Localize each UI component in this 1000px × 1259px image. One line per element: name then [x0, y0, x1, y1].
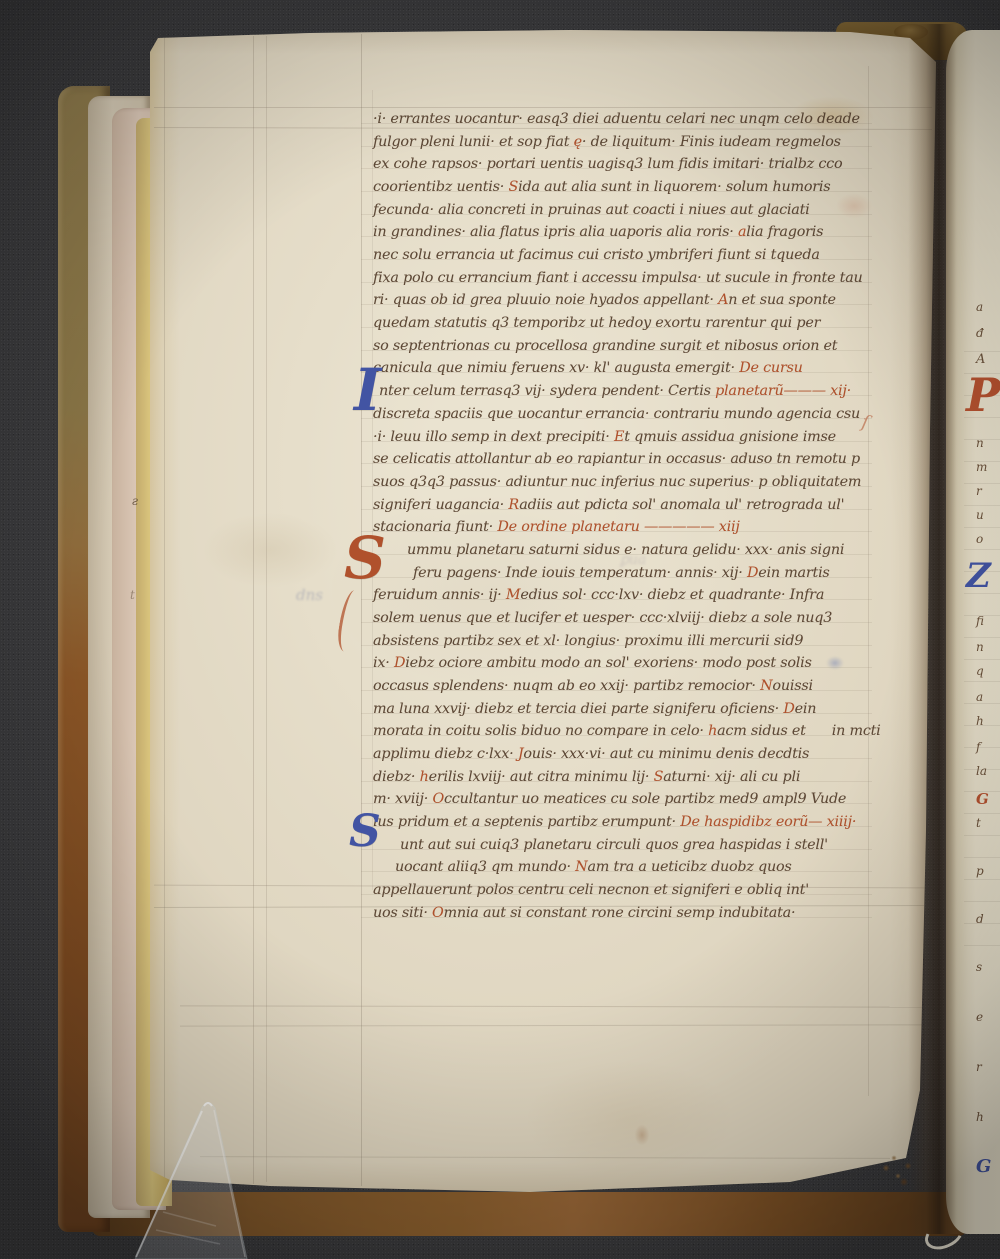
manuscript-text-line: m· xviij· Occultantur uo meatices cu sol… [373, 788, 846, 811]
blue-smudge [826, 656, 844, 670]
ink-text: feru pagens· Inde iouis temperatum· anni… [413, 565, 747, 581]
ink-text: diebz· [373, 769, 420, 785]
rubric-text: O [432, 905, 444, 921]
ink-text: so septentrionas cu procellosa grandine … [373, 338, 837, 354]
ink-text: nter celum terrasq3 vij· sydera pendent·… [379, 383, 715, 399]
ink-text: ·i· errantes uocantur· easq3 diei aduent… [373, 111, 860, 127]
manuscript-text-line: ri· quas ob id grea pluuio noie hyados a… [373, 289, 836, 312]
illuminated-initial-Inter: I [354, 364, 381, 416]
manuscript-text-line: appellauerunt polos centru celi necnon e… [373, 879, 809, 902]
ink-text: ri· quas ob id grea pluuio noie hyados a… [373, 292, 718, 308]
facing-fragment-glyph: q [976, 664, 984, 678]
manuscript-text-line: suos q3q3 passus· adiuntur nuc inferius … [373, 471, 861, 494]
initial-flourish [335, 589, 363, 653]
facing-fragment-glyph: r [976, 484, 982, 498]
facing-fragment-glyph: đ [976, 326, 984, 340]
ink-text: ccultantur uo meatices cu sole partibz m… [444, 791, 846, 807]
ink-text: absistens partibz sex et xl· longius· pr… [373, 633, 803, 649]
manuscript-text-line: quedam statutis q3 temporibz ut hedoy ex… [373, 312, 820, 335]
facing-fragment-glyph: n [976, 640, 984, 654]
manuscript-text-line: solem uenus que et lucifer et uesper· cc… [373, 607, 832, 630]
manuscript-text-line: absistens partibz sex et xl· longius· pr… [373, 630, 803, 653]
facing-fragment-glyph: d [976, 912, 984, 926]
ink-text: fixa polo cu errancium fiant i accessu i… [373, 270, 863, 286]
manuscript-text-line: occasus splendens· nuqm ab eo xxij· part… [373, 675, 813, 698]
ink-text: discreta spaciis que uocantur errancia· … [373, 406, 860, 422]
manuscript-text-line: ius pridum et a septenis partibz erumpun… [373, 811, 856, 834]
ink-bleed-through-2: ꝑua [620, 552, 646, 568]
rubric-text: De haspidibz eorũ— xiiij· [680, 814, 856, 830]
manuscript-text-line: ·i· leuu illo semp in dext precipiti· Et… [373, 426, 836, 449]
facing-fragment-glyph: fi [976, 614, 984, 628]
rubric-text: N [760, 678, 772, 694]
facing-fragment-glyph: h [976, 714, 984, 728]
manuscript-text-line: fulgor pleni lunii· et sop fiat ę· de li… [373, 131, 841, 154]
ink-text: morata in coitu solis biduo no compare i… [373, 723, 708, 739]
manuscript-text-line: fecunda· alia concreti in pruinas aut co… [373, 199, 810, 222]
ink-text: solem uenus que et lucifer et uesper· cc… [373, 610, 832, 626]
ink-text: acm sidus et in mcti [717, 723, 880, 739]
manuscript-text-line: ex cohe rapsos· portari uentis uagisq3 l… [373, 153, 842, 176]
manuscript-text-line: nter celum terrasq3 vij· sydera pendent·… [373, 380, 851, 403]
rubric-text: De ordine planetaru ————— xiij [497, 519, 739, 535]
rubric-text: h [420, 769, 429, 785]
rubric-text: ę [574, 134, 582, 150]
ink-text: stacionaria fiunt· [373, 519, 497, 535]
facing-fragment-glyph: m [976, 460, 987, 474]
ink-text: edius sol· ccc·lxv· diebz et quadrante· … [520, 587, 824, 603]
facing-fragment-glyph: G [976, 1156, 991, 1177]
ink-text: fecunda· alia concreti in pruinas aut co… [373, 202, 810, 218]
manuscript-text-line: applimu diebz c·lxx· Jouis· xxx·vi· aut … [373, 743, 809, 766]
ruled-line [164, 34, 165, 1184]
ink-text: canicula que nimiu feruens xv· kl' augus… [373, 360, 739, 376]
rubric-text: D [747, 565, 758, 581]
ruled-line [180, 1005, 924, 1007]
manuscript-text-line: unt aut sui cuiq3 planetaru circuli quos… [373, 834, 828, 857]
ink-text: ·i· leuu illo semp in dext precipiti· [373, 429, 614, 445]
ink-text: occasus splendens· nuqm ab eo xxij· part… [373, 678, 760, 694]
facing-fragment-glyph: G [976, 790, 989, 808]
facing-page-edge: ađAPnmruoZfinqahflaGtpdserhG [946, 30, 1000, 1234]
ink-text: unt aut sui cuiq3 planetaru circuli quos… [400, 837, 828, 853]
manuscript-text-line: fixa polo cu errancium fiant i accessu i… [373, 267, 863, 290]
manuscript-text-line: ummu planetaru saturni sidus e· natura g… [373, 539, 844, 562]
manuscript-text-line: canicula que nimiu feruens xv· kl' augus… [373, 357, 803, 380]
illuminated-initial-Summu: S [344, 532, 386, 584]
ruled-line [253, 36, 254, 1184]
rubric-text: D [783, 701, 794, 717]
manuscript-page: ·i· errantes uocantur· easq3 diei aduent… [150, 30, 936, 1192]
rubric-text: N [575, 859, 587, 875]
ruled-line [361, 34, 362, 1186]
ink-text: ma luna xxvij· diebz et tercia diei part… [373, 701, 783, 717]
rubric-text: M [506, 587, 520, 603]
facing-fragment-glyph: u [976, 508, 984, 522]
rubric-text: S [508, 179, 518, 195]
manuscript-text-line: in grandines· alia flatus ipris alia uap… [373, 221, 823, 244]
rubric-text: E [614, 429, 624, 445]
manuscript-text-line: so septentrionas cu procellosa grandine … [373, 335, 837, 358]
manuscript-text-line: stacionaria fiunt· De ordine planetaru —… [373, 516, 740, 539]
rubric-text: S [654, 769, 664, 785]
facing-fragment-glyph: o [976, 532, 983, 546]
facing-fragment-glyph: A [976, 352, 985, 367]
rubric-text: De cursu [739, 360, 802, 376]
manuscript-text-line: signiferi uagancia· Radiis aut pdicta so… [373, 494, 844, 517]
ruled-line [868, 66, 869, 1096]
facing-fragment-glyph: a [976, 690, 983, 704]
ink-text: aturni· xij· ali cu pli [663, 769, 800, 785]
manuscript-text-line: ·i· errantes uocantur· easq3 diei aduent… [373, 108, 860, 131]
manuscript-text-line: ma luna xxvij· diebz et tercia diei part… [373, 698, 816, 721]
facing-fragment-glyph: a [976, 300, 983, 314]
rubric-text: O [432, 791, 444, 807]
rubric-text: planetarũ——— xij· [715, 383, 851, 399]
manuscript-text-line: coorientibz uentis· Sida aut alia sunt i… [373, 176, 830, 199]
rubric-text: R [508, 497, 519, 513]
facing-fragment-glyph: h [976, 1110, 984, 1124]
ink-text: signiferi uagancia· [373, 497, 508, 513]
ink-bleed-through: dns [296, 586, 323, 604]
ink-text: adiis aut pdicta sol' anomala ul' retrog… [519, 497, 844, 513]
ink-text: coorientibz uentis· [373, 179, 508, 195]
rubric-text: h [708, 723, 717, 739]
ink-text: am tra a ueticibz duobz quos [587, 859, 791, 875]
facing-fragment-glyph: e [976, 1010, 983, 1024]
ink-text: · de liquitum· Finis iudeam regmelos [582, 134, 841, 150]
manuscript-text-line: diebz· herilis lxviij· aut citra minimu … [373, 766, 800, 789]
manuscript-text-line: ix· Diebz ociore ambitu modo an sol' exo… [373, 652, 812, 675]
ink-text: quedam statutis q3 temporibz ut hedoy ex… [373, 315, 820, 331]
rubric-text: A [718, 292, 728, 308]
ink-text: ouissi [772, 678, 812, 694]
ink-text: ouis· xxx·vi· aut cu minimu denis decdti… [523, 746, 809, 762]
facing-fragment-glyph: la [976, 764, 987, 778]
ink-text: iebz ociore ambitu modo an sol' exoriens… [405, 655, 811, 671]
facing-fragment-glyph: P [966, 368, 1000, 422]
ink-text: ex cohe rapsos· portari uentis uagisq3 l… [373, 156, 842, 172]
ink-text: in grandines· alia flatus ipris alia uap… [373, 224, 738, 240]
ruled-line [180, 1024, 924, 1026]
ink-text: se celicatis attollantur ab eo rapiantur… [373, 451, 860, 467]
ink-text: applimu diebz c·lxx· [373, 746, 518, 762]
ink-text: ida aut alia sunt in liquorem· solum hum… [518, 179, 830, 195]
red-margin-mark: ſ [860, 412, 871, 434]
facing-fragment-glyph: p [976, 864, 984, 878]
ruled-line [200, 1156, 890, 1159]
manuscript-text-line: discreta spaciis que uocantur errancia· … [373, 403, 860, 426]
facing-fragment-glyph: r [976, 1060, 982, 1074]
ink-text: feruidum annis· ij· [373, 587, 506, 603]
ruled-line [266, 36, 267, 1182]
manuscript-text-line: uocant aliiq3 qm mundo· Nam tra a uetici… [373, 856, 792, 879]
ink-text: lia fragoris [746, 224, 823, 240]
rubric-text: D [394, 655, 405, 671]
manuscript-text-line: se celicatis attollantur ab eo rapiantur… [373, 448, 860, 471]
ink-text: suos q3q3 passus· adiuntur nuc inferius … [373, 474, 861, 490]
ink-text: ein [795, 701, 817, 717]
ink-text: erilis lxviij· aut citra minimu lij· [429, 769, 654, 785]
page-holder-clip [118, 1094, 262, 1259]
manuscript-text-line: feru pagens· Inde iouis temperatum· anni… [373, 562, 830, 585]
ink-text: nec solu errancia ut facimus cui cristo … [373, 247, 820, 263]
ink-text: ix· [373, 655, 394, 671]
illuminated-initial-Sunt: S [349, 812, 381, 852]
manuscript-text-line: feruidum annis· ij· Medius sol· ccc·lxv·… [373, 584, 824, 607]
ink-text: uos siti· [373, 905, 432, 921]
margin-mark-upper: ƨ [132, 494, 138, 508]
margin-mark-lower: t [130, 588, 135, 602]
facing-fragment-glyph: s [976, 960, 982, 974]
ink-text: mnia aut si constant rone circini semp i… [444, 905, 796, 921]
facing-fragment-glyph: n [976, 436, 984, 450]
manuscript-text-line: morata in coitu solis biduo no compare i… [373, 720, 881, 743]
ink-text: n et sua sponte [728, 292, 836, 308]
facing-fragment-glyph: f [976, 740, 980, 754]
manuscript-text-line: uos siti· Omnia aut si constant rone cir… [373, 902, 795, 925]
ink-text: ein martis [758, 565, 829, 581]
ink-text: ius pridum et a septenis partibz erumpun… [373, 814, 680, 830]
ink-text: m· xviij· [373, 791, 432, 807]
manuscript-text-line: nec solu errancia ut facimus cui cristo … [373, 244, 820, 267]
ink-text: fulgor pleni lunii· et sop fiat [373, 134, 574, 150]
plastic-clip-shape [118, 1094, 262, 1259]
facing-fragment-glyph: t [976, 816, 981, 830]
facing-fragment-glyph: Z [966, 556, 991, 596]
gutter-sewing [874, 1138, 928, 1192]
ink-text: appellauerunt polos centru celi necnon e… [373, 882, 809, 898]
ink-text: uocant aliiq3 qm mundo· [395, 859, 575, 875]
ink-text: t qmuis assidua gnisione imse [624, 429, 836, 445]
